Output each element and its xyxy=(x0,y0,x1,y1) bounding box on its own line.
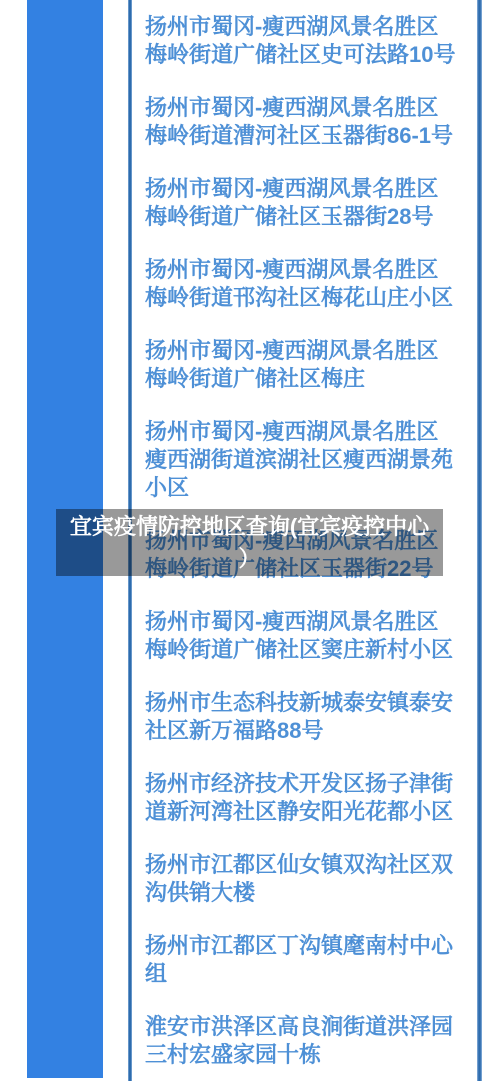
list-item: 扬州市经济技术开发区扬子津街道新河湾社区静安阳光花都小区 xyxy=(145,770,474,826)
address-line: 梅岭街道广储社区梅庄 xyxy=(145,365,474,393)
address-line: 瘦西湖街道滨湖社区瘦西湖景苑 xyxy=(145,446,474,474)
address-line: 梅岭街道广储社区玉器街28号 xyxy=(145,203,474,231)
list-item: 扬州市蜀冈-瘦西湖风景名胜区梅岭街道广储社区玉器街28号 xyxy=(145,175,474,231)
address-line: 扬州市蜀冈-瘦西湖风景名胜区 xyxy=(145,256,474,284)
address-line: 梅岭街道邗沟社区梅花山庄小区 xyxy=(145,284,474,312)
address-line: 淮安市洪泽区高良涧街道洪泽园 xyxy=(145,1013,474,1041)
address-line: 组 xyxy=(145,960,474,988)
title-banner-overlay: 宜宾疫情防控地区查询(宜宾疫控中心 ） xyxy=(56,509,443,576)
banner-title-line-1: 宜宾疫情防控地区查询(宜宾疫控中心 xyxy=(56,511,443,543)
address-line: 扬州市蜀冈-瘦西湖风景名胜区 xyxy=(145,13,474,41)
address-line: 小区 xyxy=(145,474,474,502)
address-line: 梅岭街道广储社区史可法路10号 xyxy=(145,41,474,69)
list-item: 扬州市蜀冈-瘦西湖风景名胜区梅岭街道广储社区史可法路10号 xyxy=(145,13,474,69)
address-line: 扬州市经济技术开发区扬子津街 xyxy=(145,770,474,798)
address-line: 梅岭街道广储社区窦庄新村小区 xyxy=(145,636,474,664)
address-line: 三村宏盛家园十栋 xyxy=(145,1041,474,1069)
address-line: 扬州市蜀冈-瘦西湖风景名胜区 xyxy=(145,418,474,446)
banner-title-line-2: ） xyxy=(56,543,443,575)
list-item: 扬州市江都区丁沟镇麾南村中心组 xyxy=(145,932,474,988)
address-line: 梅岭街道漕河社区玉器街86-1号 xyxy=(145,122,474,150)
address-line: 扬州市蜀冈-瘦西湖风景名胜区 xyxy=(145,608,474,636)
address-line: 扬州市生态科技新城泰安镇泰安 xyxy=(145,689,474,717)
address-line: 扬州市蜀冈-瘦西湖风景名胜区 xyxy=(145,175,474,203)
address-line: 扬州市江都区仙女镇双沟社区双 xyxy=(145,851,474,879)
list-item: 扬州市蜀冈-瘦西湖风景名胜区梅岭街道邗沟社区梅花山庄小区 xyxy=(145,256,474,312)
list-item: 淮安市洪泽区高良涧街道洪泽园三村宏盛家园十栋 xyxy=(145,1013,474,1069)
address-line: 社区新万福路88号 xyxy=(145,717,474,745)
list-item: 扬州市蜀冈-瘦西湖风景名胜区梅岭街道广储社区窦庄新村小区 xyxy=(145,608,474,664)
list-item: 扬州市蜀冈-瘦西湖风景名胜区梅岭街道广储社区梅庄 xyxy=(145,337,474,393)
list-item: 扬州市蜀冈-瘦西湖风景名胜区瘦西湖街道滨湖社区瘦西湖景苑小区 xyxy=(145,418,474,502)
address-line: 扬州市江都区丁沟镇麾南村中心 xyxy=(145,932,474,960)
content-right-rule xyxy=(477,0,482,1081)
address-line: 道新河湾社区静安阳光花都小区 xyxy=(145,798,474,826)
list-item: 扬州市江都区仙女镇双沟社区双沟供销大楼 xyxy=(145,851,474,907)
address-line: 沟供销大楼 xyxy=(145,879,474,907)
list-item: 扬州市蜀冈-瘦西湖风景名胜区梅岭街道漕河社区玉器街86-1号 xyxy=(145,94,474,150)
list-item: 扬州市生态科技新城泰安镇泰安社区新万福路88号 xyxy=(145,689,474,745)
address-line: 扬州市蜀冈-瘦西湖风景名胜区 xyxy=(145,94,474,122)
address-line: 扬州市蜀冈-瘦西湖风景名胜区 xyxy=(145,337,474,365)
